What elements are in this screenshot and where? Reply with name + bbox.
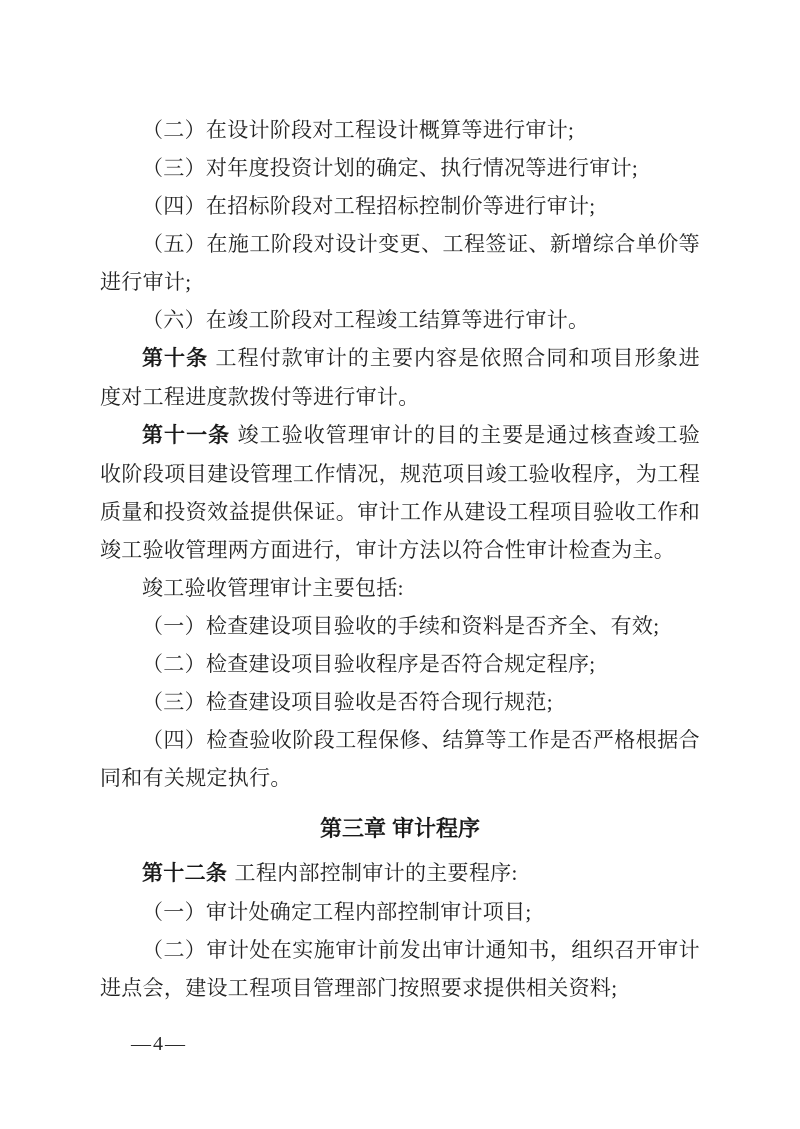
paragraph: 竣工验收管理审计主要包括: — [100, 569, 700, 607]
article-text: 工程内部控制审计的主要程序: — [235, 861, 518, 885]
paragraph: （四）在招标阶段对工程招标控制价等进行审计; — [100, 187, 700, 225]
article-number: 第十条 — [142, 347, 208, 370]
article-paragraph: 第十条工程付款审计的主要内容是依照合同和项目形象进度对工程进度款拨付等进行审计。 — [100, 339, 700, 416]
paragraph: （二）检查建设项目验收程序是否符合规定程序; — [100, 645, 700, 683]
chapter-heading: 第三章 审计程序 — [100, 810, 700, 848]
paragraph: （二）在设计阶段对工程设计概算等进行审计; — [100, 111, 700, 149]
document-body: （二）在设计阶段对工程设计概算等进行审计;（三）对年度投资计划的确定、执行情况等… — [100, 111, 700, 1007]
article-paragraph: 第十一条竣工验收管理审计的目的主要是通过核查竣工验收阶段项目建设管理工作情况，规… — [100, 416, 700, 569]
paragraph: （三）对年度投资计划的确定、执行情况等进行审计; — [100, 149, 700, 187]
article-number: 第十一条 — [142, 424, 230, 447]
document-page: （二）在设计阶段对工程设计概算等进行审计;（三）对年度投资计划的确定、执行情况等… — [0, 0, 800, 1129]
paragraph: （二）审计处在实施审计前发出审计通知书，组织召开审计进点会，建设工程项目管理部门… — [100, 931, 700, 1007]
article-paragraph: 第十二条工程内部控制审计的主要程序: — [100, 854, 700, 893]
paragraph: （四）检查验收阶段工程保修、结算等工作是否严格根据合同和有关规定执行。 — [100, 721, 700, 797]
paragraph: （五）在施工阶段对设计变更、工程签证、新增综合单价等进行审计; — [100, 225, 700, 301]
paragraph: （六）在竣工阶段对工程竣工结算等进行审计。 — [100, 301, 700, 339]
page-number: —4— — [100, 1031, 700, 1057]
paragraph: （一）审计处确定工程内部控制审计项目; — [100, 893, 700, 931]
paragraph: （三）检查建设项目验收是否符合现行规范; — [100, 683, 700, 721]
article-number: 第十二条 — [142, 862, 227, 885]
paragraph: （一）检查建设项目验收的手续和资料是否齐全、有效; — [100, 607, 700, 645]
